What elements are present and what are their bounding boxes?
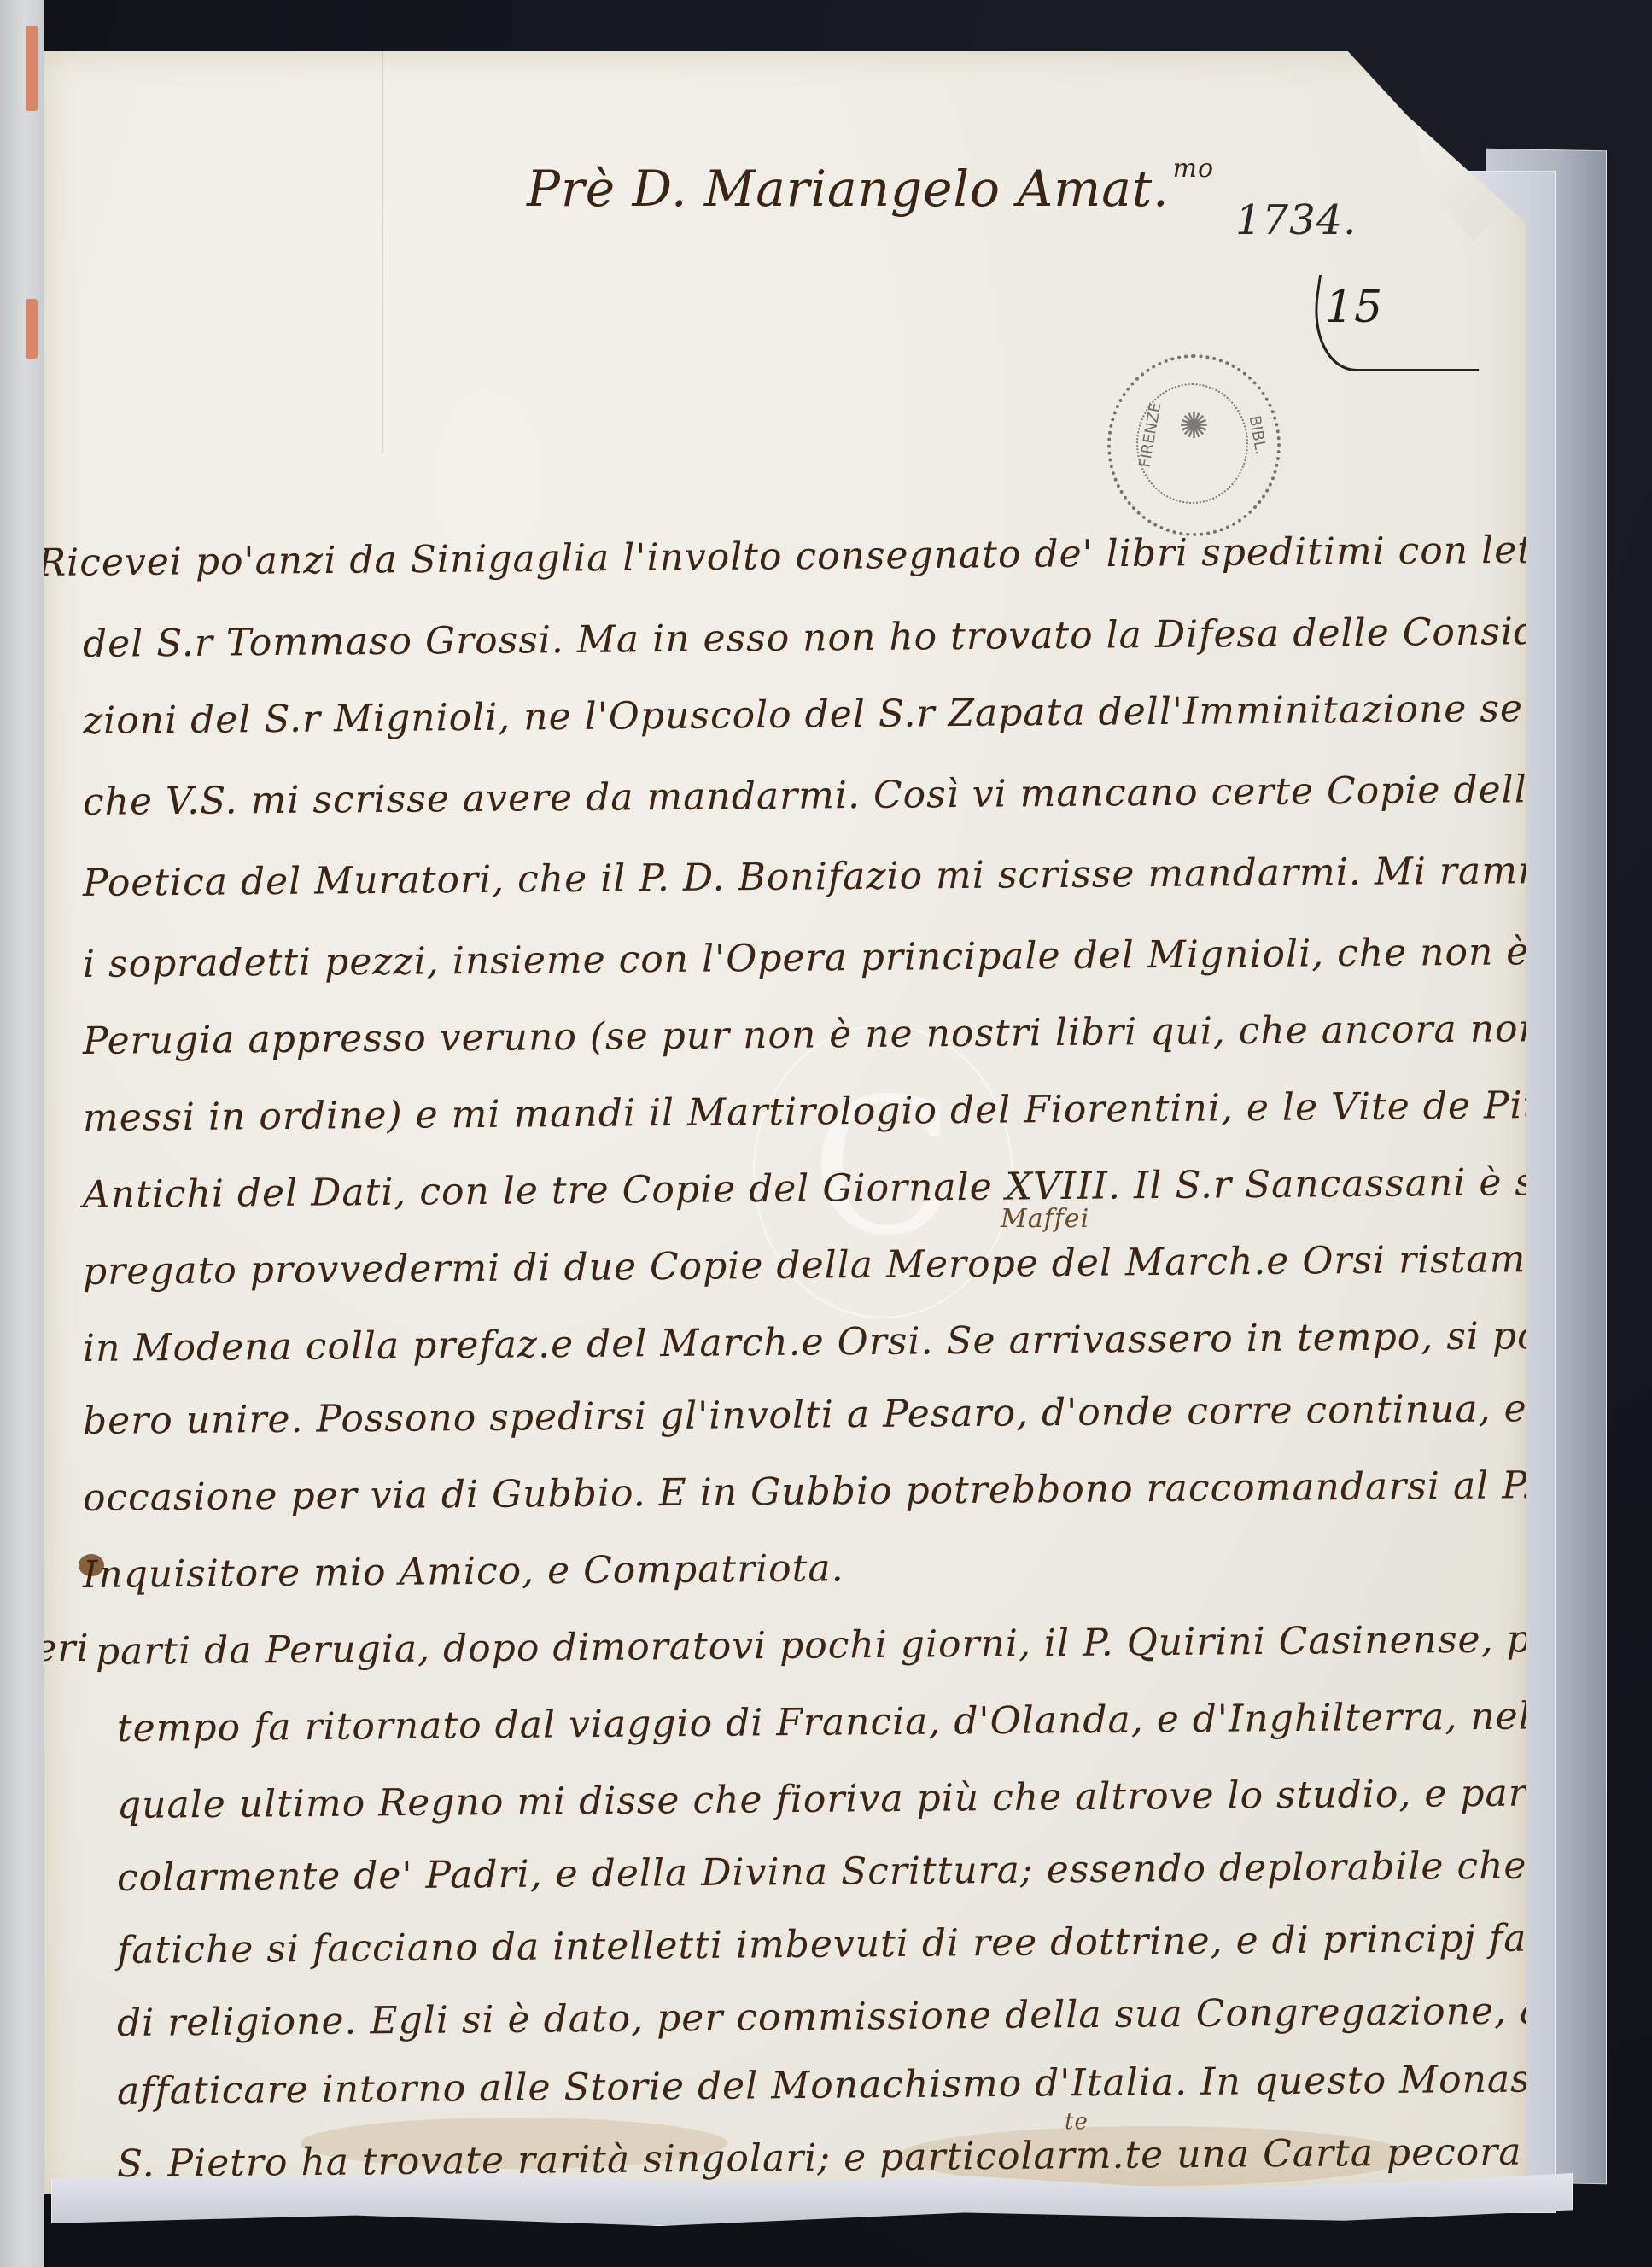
body-line: affaticare intorno alle Storie del Monac… <box>117 2054 1634 2118</box>
body-line: messi in ordine) e mi mandi il Martirolo… <box>83 1079 1610 1144</box>
library-stamp: ✺ FIRENZE BIBL. <box>1107 354 1281 536</box>
orange-tab-marker <box>26 299 38 359</box>
body-line: del S.r Tommaso Grossi. Ma in esso non h… <box>83 605 1618 670</box>
body-line: Perugia appresso veruno (se pur non è ne… <box>83 1002 1626 1067</box>
body-line: Inquisitore mio Amico, e Compatriota. <box>83 1543 844 1601</box>
body-line: zioni del S.r Mignioli, ne l'Opuscolo de… <box>83 682 1614 747</box>
orange-tab-marker <box>26 26 38 111</box>
body-line: che V.S. mi scrisse avere da mandarmi. C… <box>83 764 1551 828</box>
body-line: pregato provvedermi di due Copie della M… <box>83 1233 1614 1298</box>
body-line: tempo fa ritornato dal viaggio di Franci… <box>117 1691 1532 1755</box>
year-annotation: 1734. <box>1235 196 1357 244</box>
body-line: fatiche si facciano da intelletti imbevu… <box>117 1913 1573 1977</box>
body-line: colarmente de' Padri, e della Divina Scr… <box>117 1839 1643 1904</box>
body-line: i sopradetti pezzi, insieme con l'Opera … <box>83 926 1580 990</box>
paper-fold-line <box>382 51 383 453</box>
body-line: occasione per via di Gubbio. E in Gubbio… <box>83 1460 1576 1524</box>
folio-number: 15 <box>1325 282 1383 333</box>
body-line: bero unire. Possono spedirsi gl'involti … <box>83 1382 1649 1447</box>
addressee-text: Prè D. Mariangelo Amat. <box>527 160 1170 218</box>
addressee-heading: Prè D. Mariangelo Amat.mo <box>527 154 1214 218</box>
letter-page: Prè D. Mariangelo Amat.mo 1734. 15 ✺ FIR… <box>44 51 1526 2194</box>
addressee-superscript: mo <box>1173 154 1215 184</box>
adjacent-page-edge <box>0 0 44 2267</box>
body-line: quale ultimo Regno mi disse che fioriva … <box>117 1767 1570 1832</box>
body-line: di religione. Egli si è dato, per commis… <box>117 1985 1568 2049</box>
body-line: in Modena colla prefaz.e del March.e Ors… <box>83 1310 1637 1375</box>
interlinear-insertion: Maffei <box>1001 1204 1089 1234</box>
body-line: Poetica del Muratori, che il P. D. Bonif… <box>83 844 1632 909</box>
body-line: parti da Perugia, dopo dimoratovi pochi … <box>96 1614 1601 1678</box>
body-line: Antichi del Dati, con le tre Copie del G… <box>83 1156 1614 1221</box>
body-line: Ricevei po'anzi da Sinigaglia l'involto … <box>38 524 1614 589</box>
